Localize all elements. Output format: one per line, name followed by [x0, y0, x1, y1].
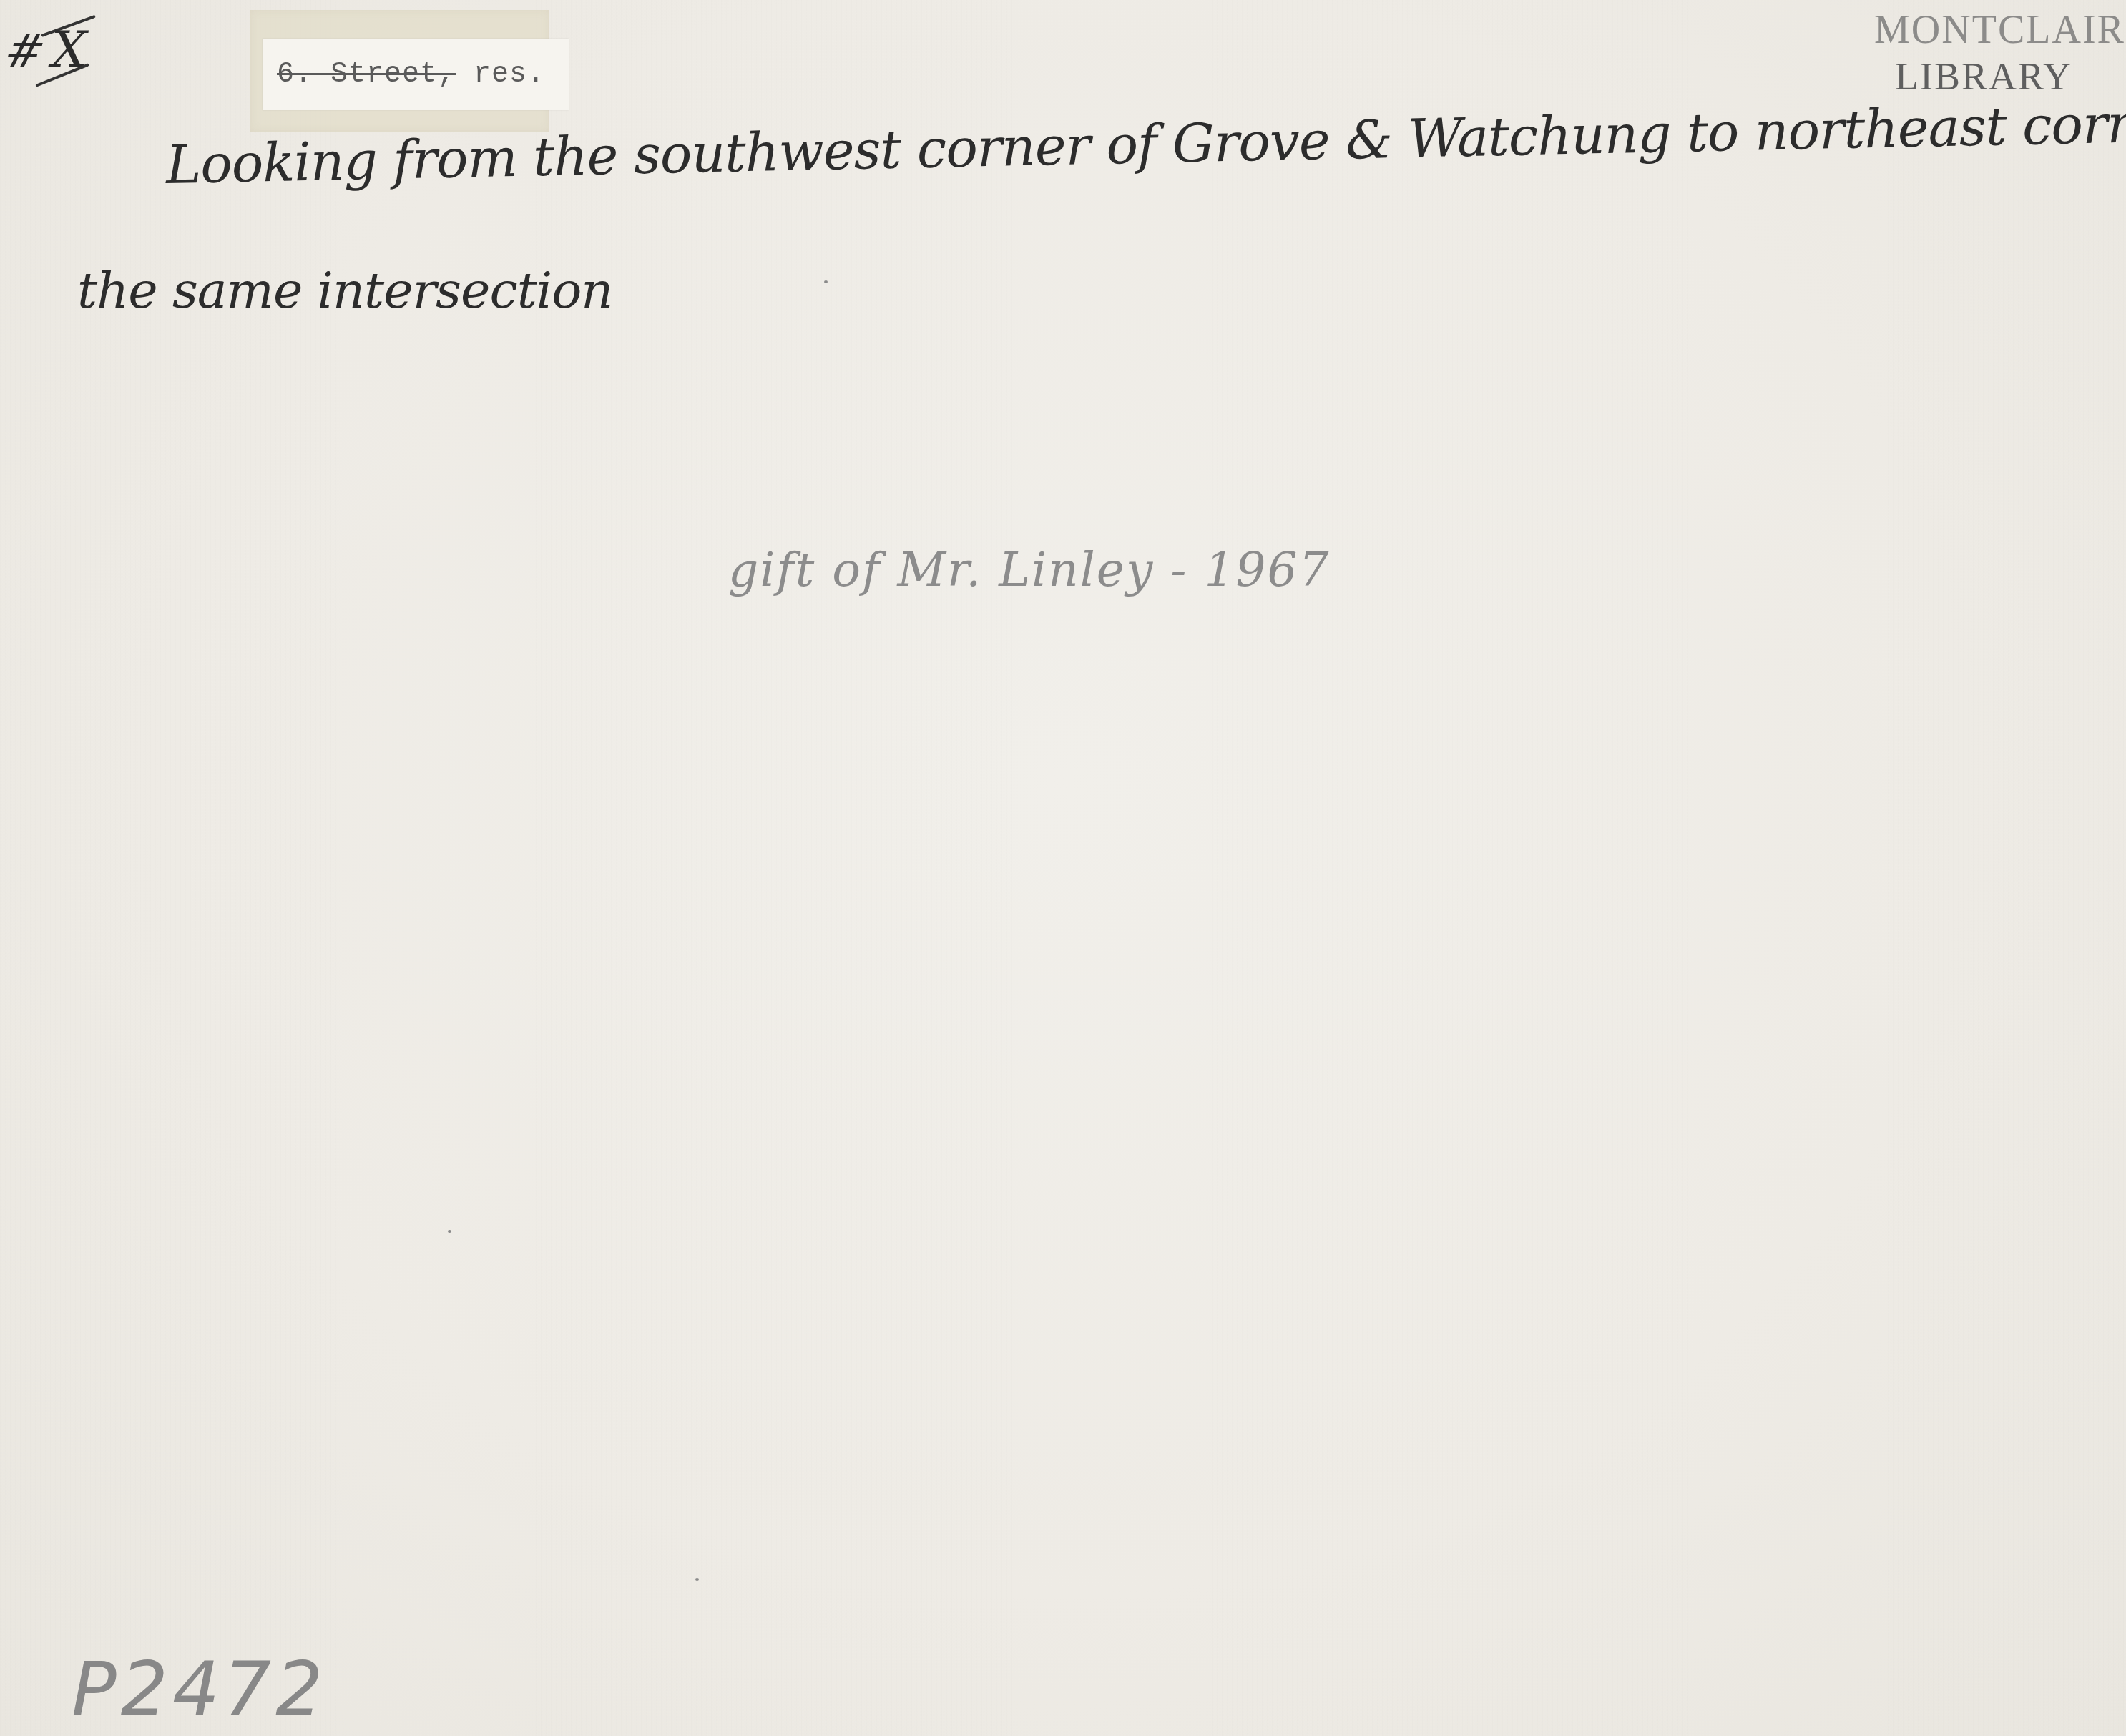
item-number-mark: # X: [6, 9, 156, 87]
handwritten-caption-line-2: the same intersection: [77, 261, 612, 320]
typed-label-text: 6. Street, res.: [277, 59, 545, 91]
stamp-line-2: LIBRARY: [1874, 56, 2117, 98]
paper-speck: [695, 1578, 699, 1581]
stamp-line-1: MONTCLAIR: [1874, 10, 2117, 50]
pencil-gift-note: gift of Mr. Linley - 1967: [728, 542, 1330, 597]
paper-speck: [824, 280, 828, 283]
typed-label-slip: 6. Street, res.: [263, 39, 569, 110]
accession-number: P2472: [72, 1645, 327, 1732]
label-text: res.: [456, 59, 545, 91]
struck-text: 6. Street,: [277, 59, 456, 91]
photo-verso-sheet: # X 6. Street, res. MONTCLAIR LIBRARY Lo…: [0, 0, 2126, 1736]
library-stamp: MONTCLAIR LIBRARY: [1874, 10, 2117, 98]
paper-speck: [448, 1230, 451, 1233]
